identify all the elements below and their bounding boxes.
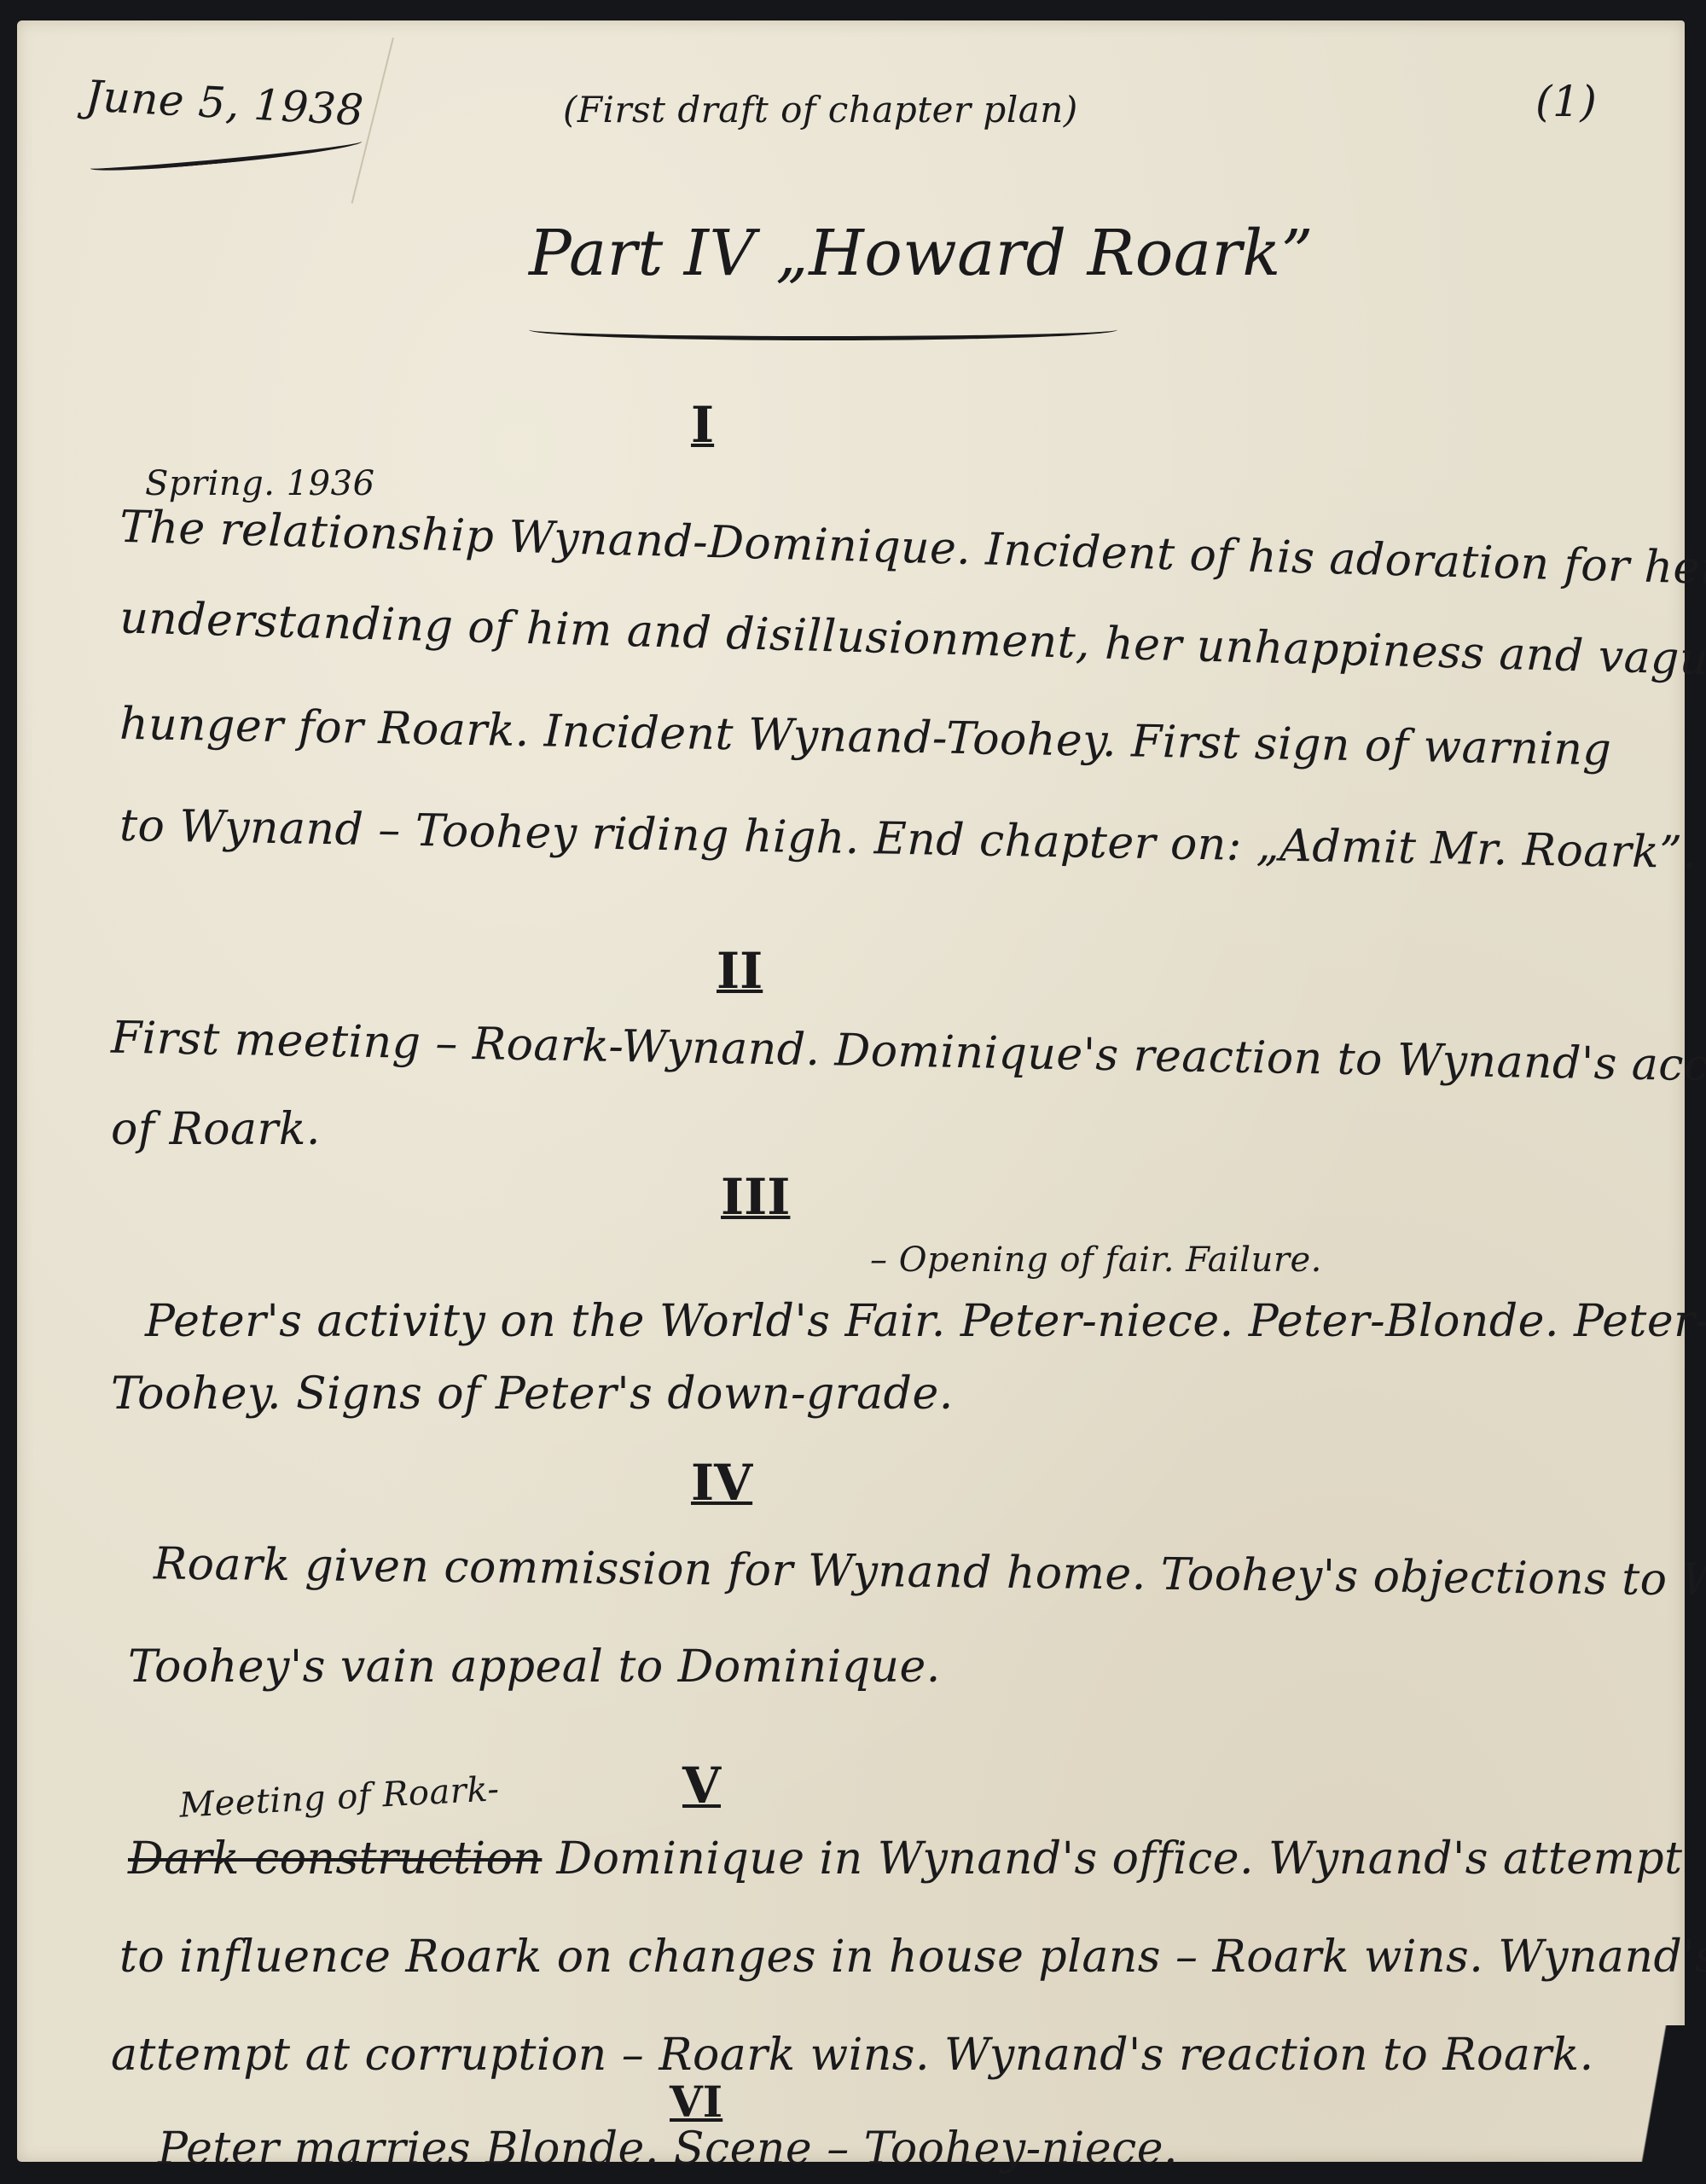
chapter-number-4: IV (691, 1454, 752, 1512)
chapter-number-5: V (682, 1757, 721, 1815)
chapter-5-struck-text: Dark construction (128, 1833, 542, 1885)
chapter-3-line-1: Peter's activity on the World's Fair. Pe… (145, 1296, 1706, 1347)
chapter-2-line-1: First meeting – Roark-Wynand. Dominique'… (111, 1013, 1706, 1094)
manuscript-page: June 5, 1938 (First draft of chapter pla… (17, 20, 1685, 2162)
draft-note: (First draft of chapter plan) (563, 89, 1078, 131)
chapter-1-line-3: hunger for Roark. Incident Wynand-Toohey… (119, 699, 1612, 776)
title-underline (529, 319, 1117, 340)
chapter-1-insertion: Spring. 1936 (145, 464, 375, 503)
chapter-number-6: VI (670, 2077, 722, 2127)
part-name: „Howard Roark” (775, 217, 1314, 290)
chapter-number-3: III (721, 1168, 790, 1226)
chapter-number-1: I (691, 396, 714, 454)
chapter-5-insertion: Meeting of Roark- (178, 1769, 500, 1826)
chapter-1-line-4: to Wynand – Toohey riding high. End chap… (119, 800, 1697, 879)
chapter-1-line-1: The relationship Wynand-Dominique. Incid… (119, 502, 1706, 597)
chapter-3-insertion: – Opening of fair. Failure. (870, 1240, 1322, 1280)
part-label: Part IV (529, 217, 755, 290)
chapter-1-line-2: understanding of him and disillusionment… (119, 592, 1706, 694)
chapter-5-line-1-text: Dominique in Wynand's office. Wynand's a… (542, 1833, 1682, 1885)
chapter-6-line-1: Peter marries Blonde. Scene – Toohey-nie… (158, 2123, 1178, 2175)
date: June 5, 1938 (84, 71, 365, 135)
chapter-4-line-2: Toohey's vain appeal to Dominique. (128, 1641, 941, 1693)
chapter-5-line-3: attempt at corruption – Roark wins. Wyna… (111, 2030, 1594, 2081)
chapter-5-line-2: to influence Roark on changes in house p… (119, 1931, 1706, 1983)
page-number: (1) (1535, 77, 1597, 126)
chapter-2-line-2: of Roark. (111, 1104, 321, 1155)
chapter-number-2: II (717, 942, 763, 1000)
part-title: Part IV „Howard Roark” (529, 217, 1314, 290)
date-underline (90, 135, 363, 175)
chapter-4-line-1: Roark given commission for Wynand home. … (154, 1538, 1706, 1607)
chapter-3-line-2: Toohey. Signs of Peter's down-grade. (111, 1368, 954, 1420)
chapter-5-line-1: Dark construction Dominique in Wynand's … (128, 1833, 1683, 1885)
